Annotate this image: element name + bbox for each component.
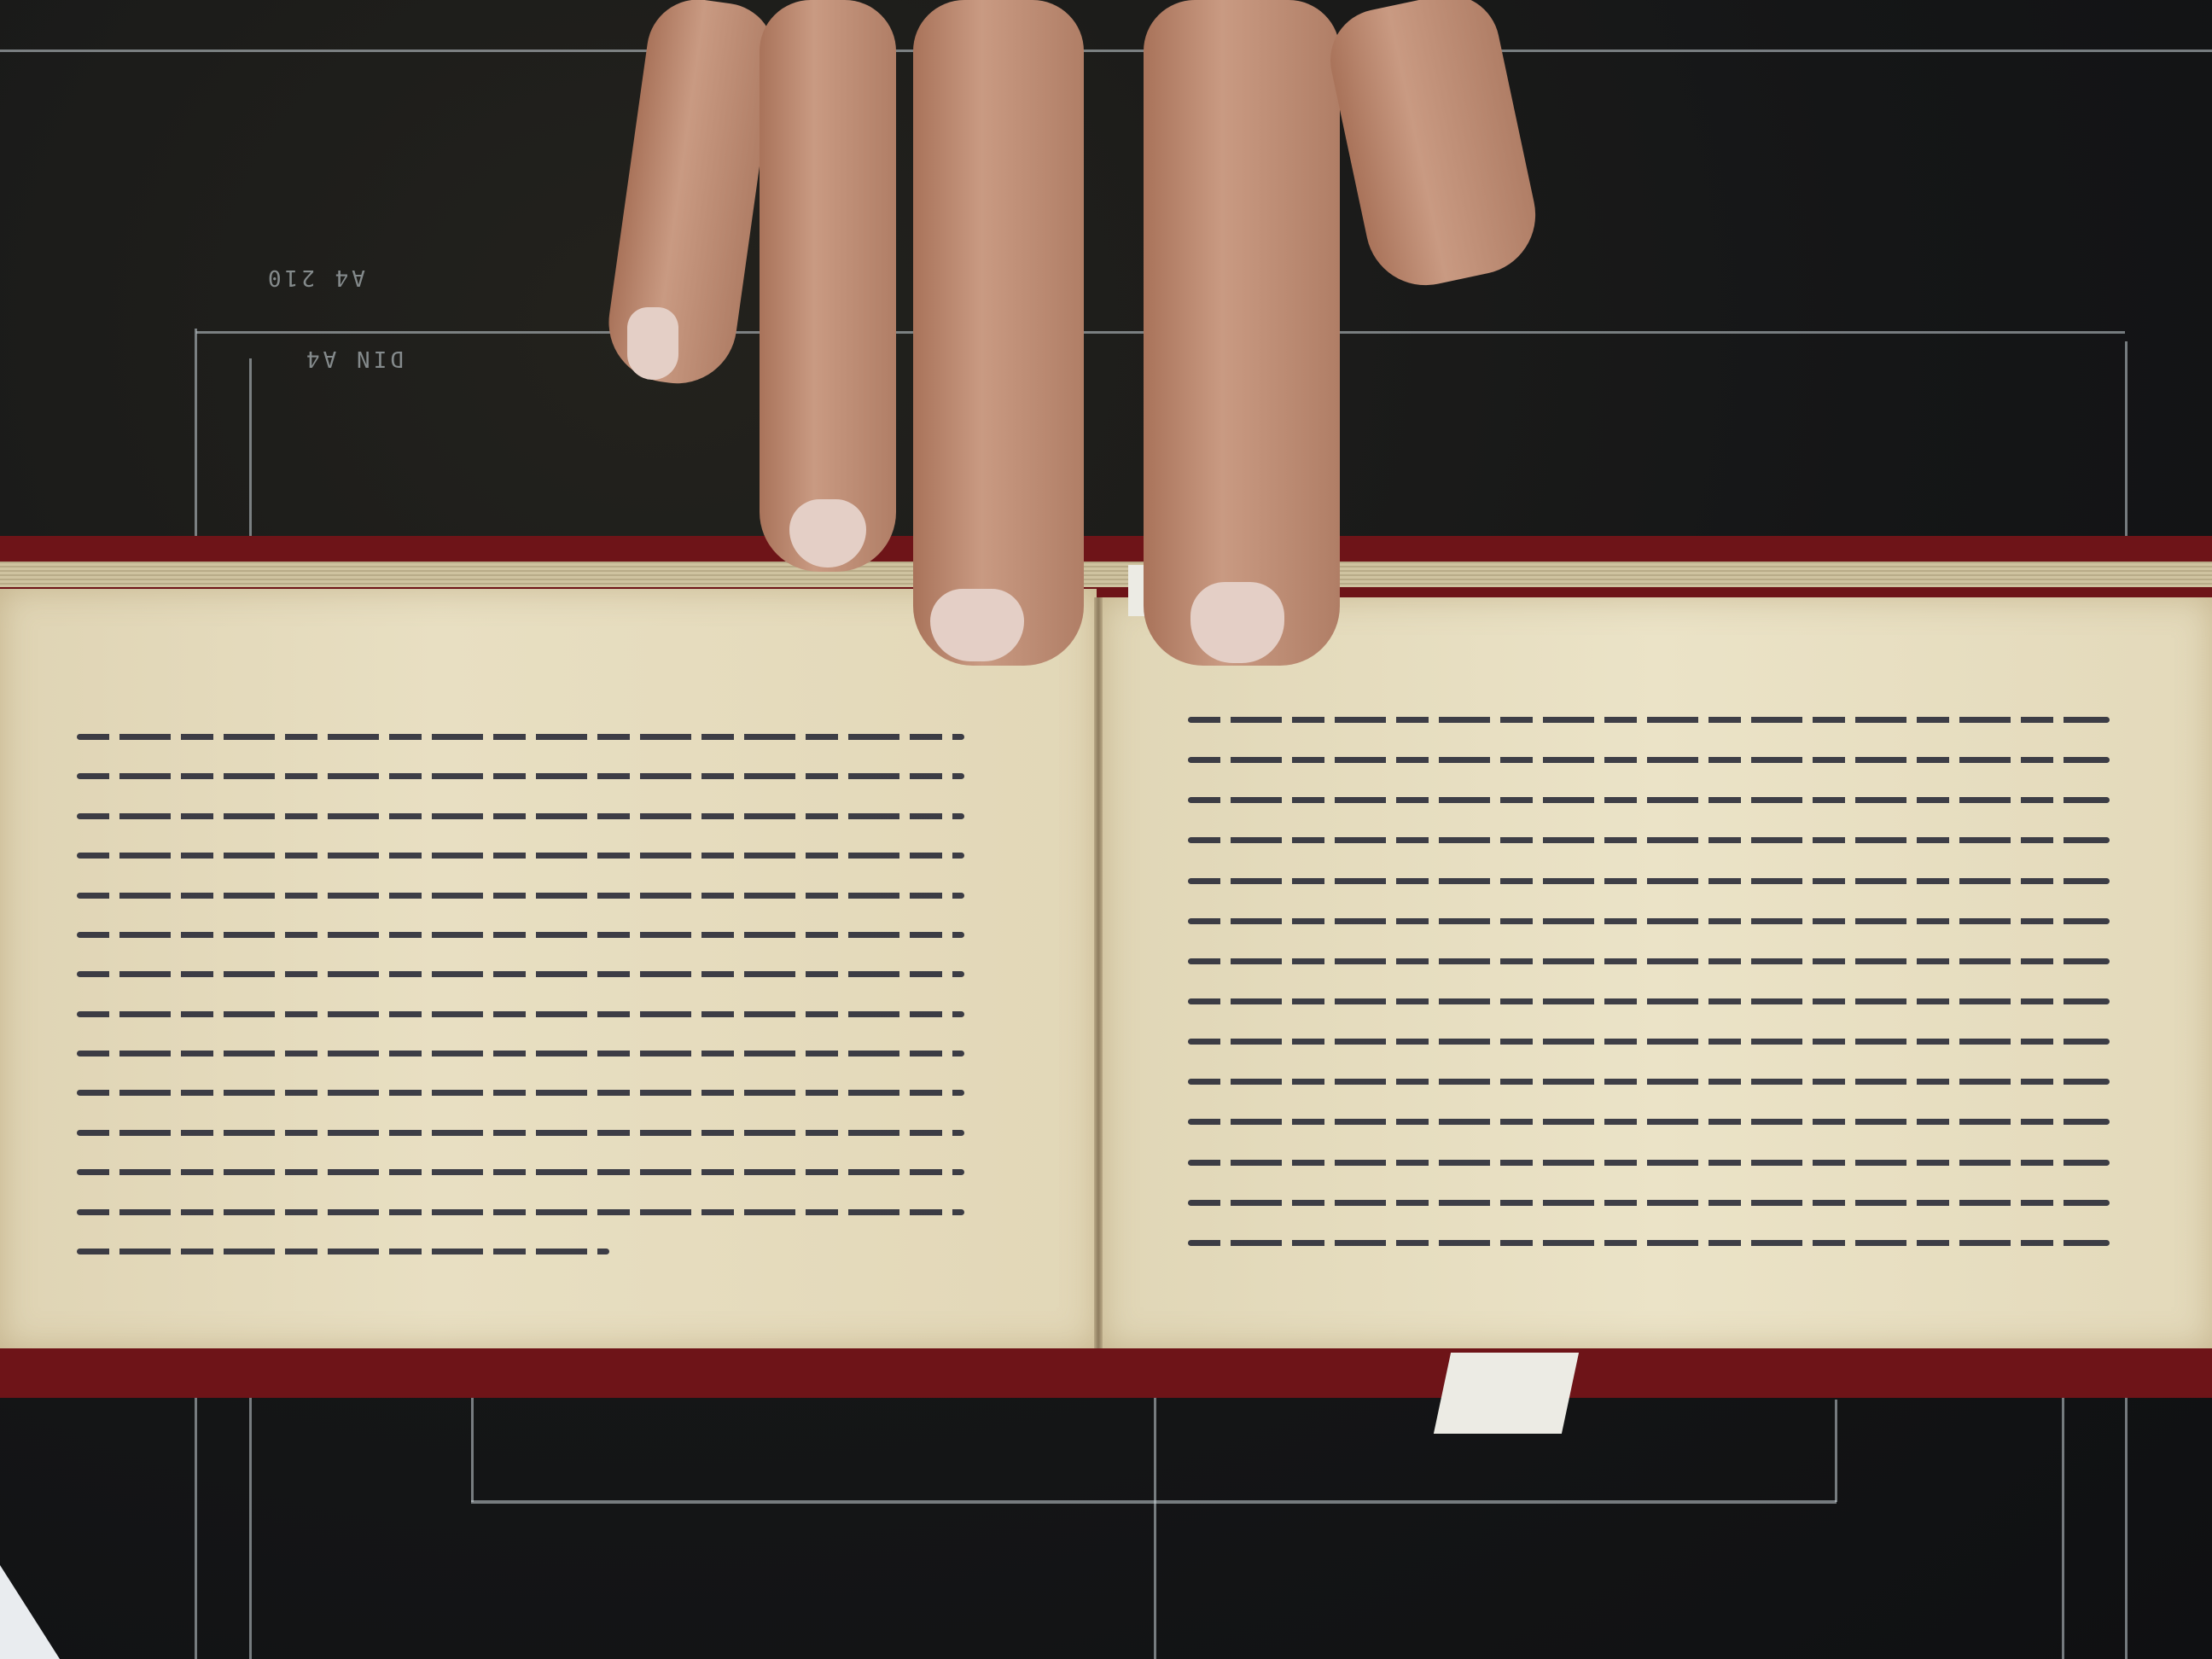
text-line <box>1188 757 2110 763</box>
text-line <box>77 853 964 859</box>
text-line <box>1188 918 2110 924</box>
text-line <box>77 971 964 977</box>
text-line <box>77 932 964 938</box>
page-edges-top <box>0 562 2212 587</box>
text-line <box>1188 1039 2110 1045</box>
finger <box>760 0 896 572</box>
paper-tab <box>1434 1353 1579 1434</box>
text-line <box>77 1051 964 1057</box>
text-line <box>77 734 964 740</box>
paper-corner <box>0 1565 60 1659</box>
left-page <box>0 589 1097 1348</box>
fingernail <box>930 589 1024 661</box>
mat-guide-line <box>1154 1382 1156 1659</box>
mat-label: A4 210 <box>265 265 365 290</box>
text-line <box>1188 837 2110 843</box>
text-line <box>77 1090 964 1096</box>
text-line <box>1188 1240 2110 1246</box>
text-line <box>77 893 964 899</box>
text-line <box>1188 1200 2110 1206</box>
text-line <box>77 773 964 779</box>
right-page <box>1103 597 2212 1348</box>
mat-guide-line <box>471 1500 1837 1504</box>
fingernail <box>627 307 678 380</box>
finger <box>1144 0 1340 666</box>
mat-guide-line <box>0 49 2212 52</box>
text-line <box>77 1169 964 1175</box>
finger <box>913 0 1084 666</box>
right-page-text <box>1188 717 2110 1246</box>
text-line <box>77 1249 609 1254</box>
text-line <box>77 1209 964 1215</box>
text-line <box>77 1130 964 1136</box>
left-page-text <box>77 734 964 1254</box>
text-line <box>1188 1119 2110 1125</box>
text-line <box>1188 958 2110 964</box>
book-gutter <box>1094 597 1103 1348</box>
mat-label: DIN A4 <box>303 346 404 371</box>
text-line <box>1188 1160 2110 1166</box>
text-line <box>1188 797 2110 803</box>
text-line <box>1188 1079 2110 1085</box>
text-line <box>1188 878 2110 884</box>
text-line <box>1188 717 2110 723</box>
mat-guide-line <box>1835 1400 1837 1502</box>
text-line <box>77 813 964 819</box>
text-line <box>77 1011 964 1017</box>
text-line <box>1188 998 2110 1004</box>
fingernail <box>1190 582 1284 663</box>
